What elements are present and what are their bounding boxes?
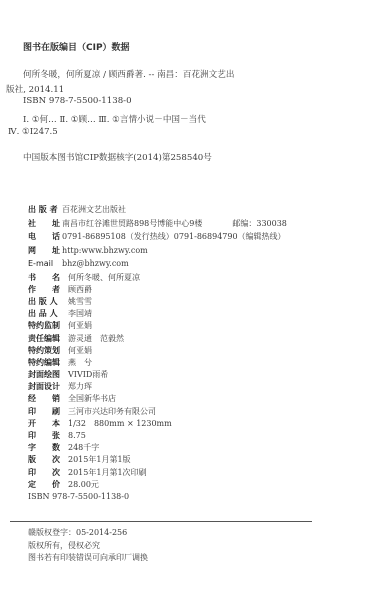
credit-row: 版 次2015年1月第1版 xyxy=(28,454,172,466)
credit-value: 何所冬暖、何所夏凉 xyxy=(68,272,140,283)
credit-value: 燕 兮 xyxy=(68,357,92,368)
credit-row: 经 销全国新华书店 xyxy=(28,393,172,405)
credit-row: 作 者顾西爵 xyxy=(28,283,172,295)
address-value: 南昌市红谷滩世贸路898号博能中心9楼 xyxy=(62,218,202,229)
credit-row: 印 刷三河市兴达印务有限公司 xyxy=(28,405,172,417)
credit-row: 出 品 人李国靖 xyxy=(28,308,172,320)
credit-row: 定 价28.00元 xyxy=(28,478,172,490)
phone-row: 电 话 0791-86895108（发行热线）0791-86894790（编辑热… xyxy=(28,230,287,244)
credit-label: 出 版 人 xyxy=(28,296,68,307)
credit-label: 定 价 xyxy=(28,479,68,490)
credit-label: 版 次 xyxy=(28,454,68,465)
credit-value: 全国新华书店 xyxy=(68,393,116,404)
credits-isbn: ISBN 978-7-5500-1138-0 xyxy=(28,490,172,502)
credit-value: 顾西爵 xyxy=(68,284,92,295)
credit-value: 何亚娟 xyxy=(68,345,92,356)
footer-notes: 赣版权登字：05-2014-256 版权所有，侵权必究 图书若有印装错误可向承印… xyxy=(28,527,148,565)
credit-label: 字 数 xyxy=(28,442,68,453)
credit-label: 印 次 xyxy=(28,467,68,478)
credit-row: 出 版 人姚雪雪 xyxy=(28,295,172,307)
cip-line-1: 何所冬暖，何所夏凉 / 顾西爵著. -- 南昌：百花洲文艺出 xyxy=(23,68,234,80)
credit-value: 8.75 xyxy=(68,431,86,440)
credits-list: 书 名何所冬暖、何所夏凉 作 者顾西爵 出 版 人姚雪雪 出 品 人李国靖 特约… xyxy=(28,271,172,503)
credit-label: 特约编辑 xyxy=(28,357,68,368)
email-link[interactable]: bhz@bhzwy.com xyxy=(62,259,129,268)
credit-row: 封面设计郑力珲 xyxy=(28,381,172,393)
credit-value: 何亚娟 xyxy=(68,320,92,331)
cip-record-number: 中国版本图书馆CIP数据核字(2014)第258540号 xyxy=(23,151,212,163)
credit-row: 封面绘图VIVID雨希 xyxy=(28,369,172,381)
credit-row: 印 张8.75 xyxy=(28,429,172,441)
credit-value: 姚雪雪 xyxy=(68,296,92,307)
credit-row: 开 本1/32 880mm × 1230mm xyxy=(28,417,172,429)
website-link[interactable]: http:www.bhzwy.com xyxy=(62,246,148,255)
credit-label: 书 名 xyxy=(28,272,68,283)
copyright-registration: 赣版权登字：05-2014-256 xyxy=(28,527,148,540)
divider-line xyxy=(10,521,312,522)
credit-label: 开 本 xyxy=(28,418,68,429)
email-row: E-mail bhz@bhzwy.com xyxy=(28,257,287,271)
publisher-row: 出 版 者 百花洲文艺出版社 xyxy=(28,203,287,217)
credit-row: 特约策划何亚娟 xyxy=(28,344,172,356)
publisher-label: 出 版 者 xyxy=(28,204,62,215)
credit-row: 特约编辑燕 兮 xyxy=(28,356,172,368)
rights-statement: 版权所有，侵权必究 xyxy=(28,540,148,553)
cip-classification-2: Ⅳ. ①I247.5 xyxy=(8,127,58,137)
credit-label: 经 销 xyxy=(28,393,68,404)
publisher-value: 百花洲文艺出版社 xyxy=(62,204,126,215)
credit-value: 28.00元 xyxy=(68,479,99,490)
credit-value: 游灵通 范毅然 xyxy=(68,333,124,344)
email-label: E-mail xyxy=(28,259,62,268)
postcode: 邮编：330038 xyxy=(232,218,287,229)
credit-label: 印 张 xyxy=(28,430,68,441)
cip-classification-1: Ⅰ. ①何… Ⅱ. ①顾… Ⅲ. ①言情小说－中国－当代 xyxy=(23,113,206,125)
credit-label: 作 者 xyxy=(28,284,68,295)
address-label: 社 址 xyxy=(28,218,62,229)
isbn-text: ISBN 978-7-5500-1138-0 xyxy=(28,492,129,501)
credit-value: 郑力珲 xyxy=(68,381,92,392)
credit-value: 1/32 880mm × 1230mm xyxy=(68,418,172,429)
credit-label: 封面绘图 xyxy=(28,369,68,380)
credit-value: 2015年1月第1版 xyxy=(68,454,131,465)
credit-value: 2015年1月第1次印刷 xyxy=(68,467,147,478)
credit-row: 字 数248千字 xyxy=(28,442,172,454)
credit-label: 封面设计 xyxy=(28,381,68,392)
website-row: 网 址 http:www.bhzwy.com xyxy=(28,244,287,258)
credit-row: 特约监制何亚娟 xyxy=(28,320,172,332)
credit-value: 李国靖 xyxy=(68,308,92,319)
website-label: 网 址 xyxy=(28,245,62,256)
credit-value: VIVID雨希 xyxy=(68,369,108,380)
publisher-info: 出 版 者 百花洲文艺出版社 社 址 南昌市红谷滩世贸路898号博能中心9楼 邮… xyxy=(28,203,287,271)
cip-line-2: 版社, 2014.11 xyxy=(6,83,64,95)
phone-value: 0791-86895108（发行热线）0791-86894790（编辑热线） xyxy=(62,231,286,242)
cip-title: 图书在版编目（CIP）数据 xyxy=(23,40,130,53)
credit-value: 三河市兴达印务有限公司 xyxy=(68,406,156,417)
credit-label: 出 品 人 xyxy=(28,308,68,319)
credit-label: 印 刷 xyxy=(28,406,68,417)
phone-label: 电 话 xyxy=(28,231,62,242)
credit-value: 248千字 xyxy=(68,442,99,453)
credit-row: 责任编辑游灵通 范毅然 xyxy=(28,332,172,344)
credit-label: 特约策划 xyxy=(28,345,68,356)
credit-row: 印 次2015年1月第1次印刷 xyxy=(28,466,172,478)
credit-label: 特约监制 xyxy=(28,320,68,331)
printing-error-notice: 图书若有印装错误可向承印厂调换 xyxy=(28,552,148,565)
address-row: 社 址 南昌市红谷滩世贸路898号博能中心9楼 邮编：330038 xyxy=(28,217,287,231)
credit-row: 书 名何所冬暖、何所夏凉 xyxy=(28,271,172,283)
credit-label: 责任编辑 xyxy=(28,333,68,344)
cip-isbn: ISBN 978-7-5500-1138-0 xyxy=(23,96,132,106)
